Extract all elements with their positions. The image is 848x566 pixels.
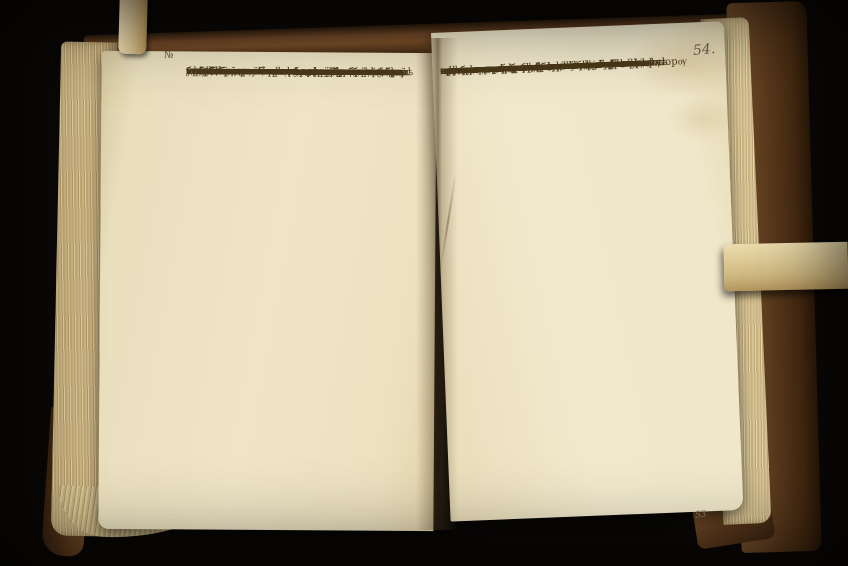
manuscript-photo: сайхъ подрескомѹ полю . нагй непогребены…: [0, 0, 848, 566]
corner-mark: №: [164, 50, 173, 61]
bookmark-stick-right: [724, 242, 848, 292]
folio-number: 54.: [692, 41, 716, 59]
right-page-text: оудержевашеся мечь его . ни вышлемѣ си н…: [440, 54, 718, 510]
left-page-text: сайхъ подрескомѹ полю . нагй непогребены…: [184, 64, 432, 505]
bookmark-stick-top-left: [118, 0, 148, 54]
text-line: вов . и растинаше надвое доседла . не: [186, 64, 395, 81]
quire-mark: 53: [694, 509, 707, 520]
